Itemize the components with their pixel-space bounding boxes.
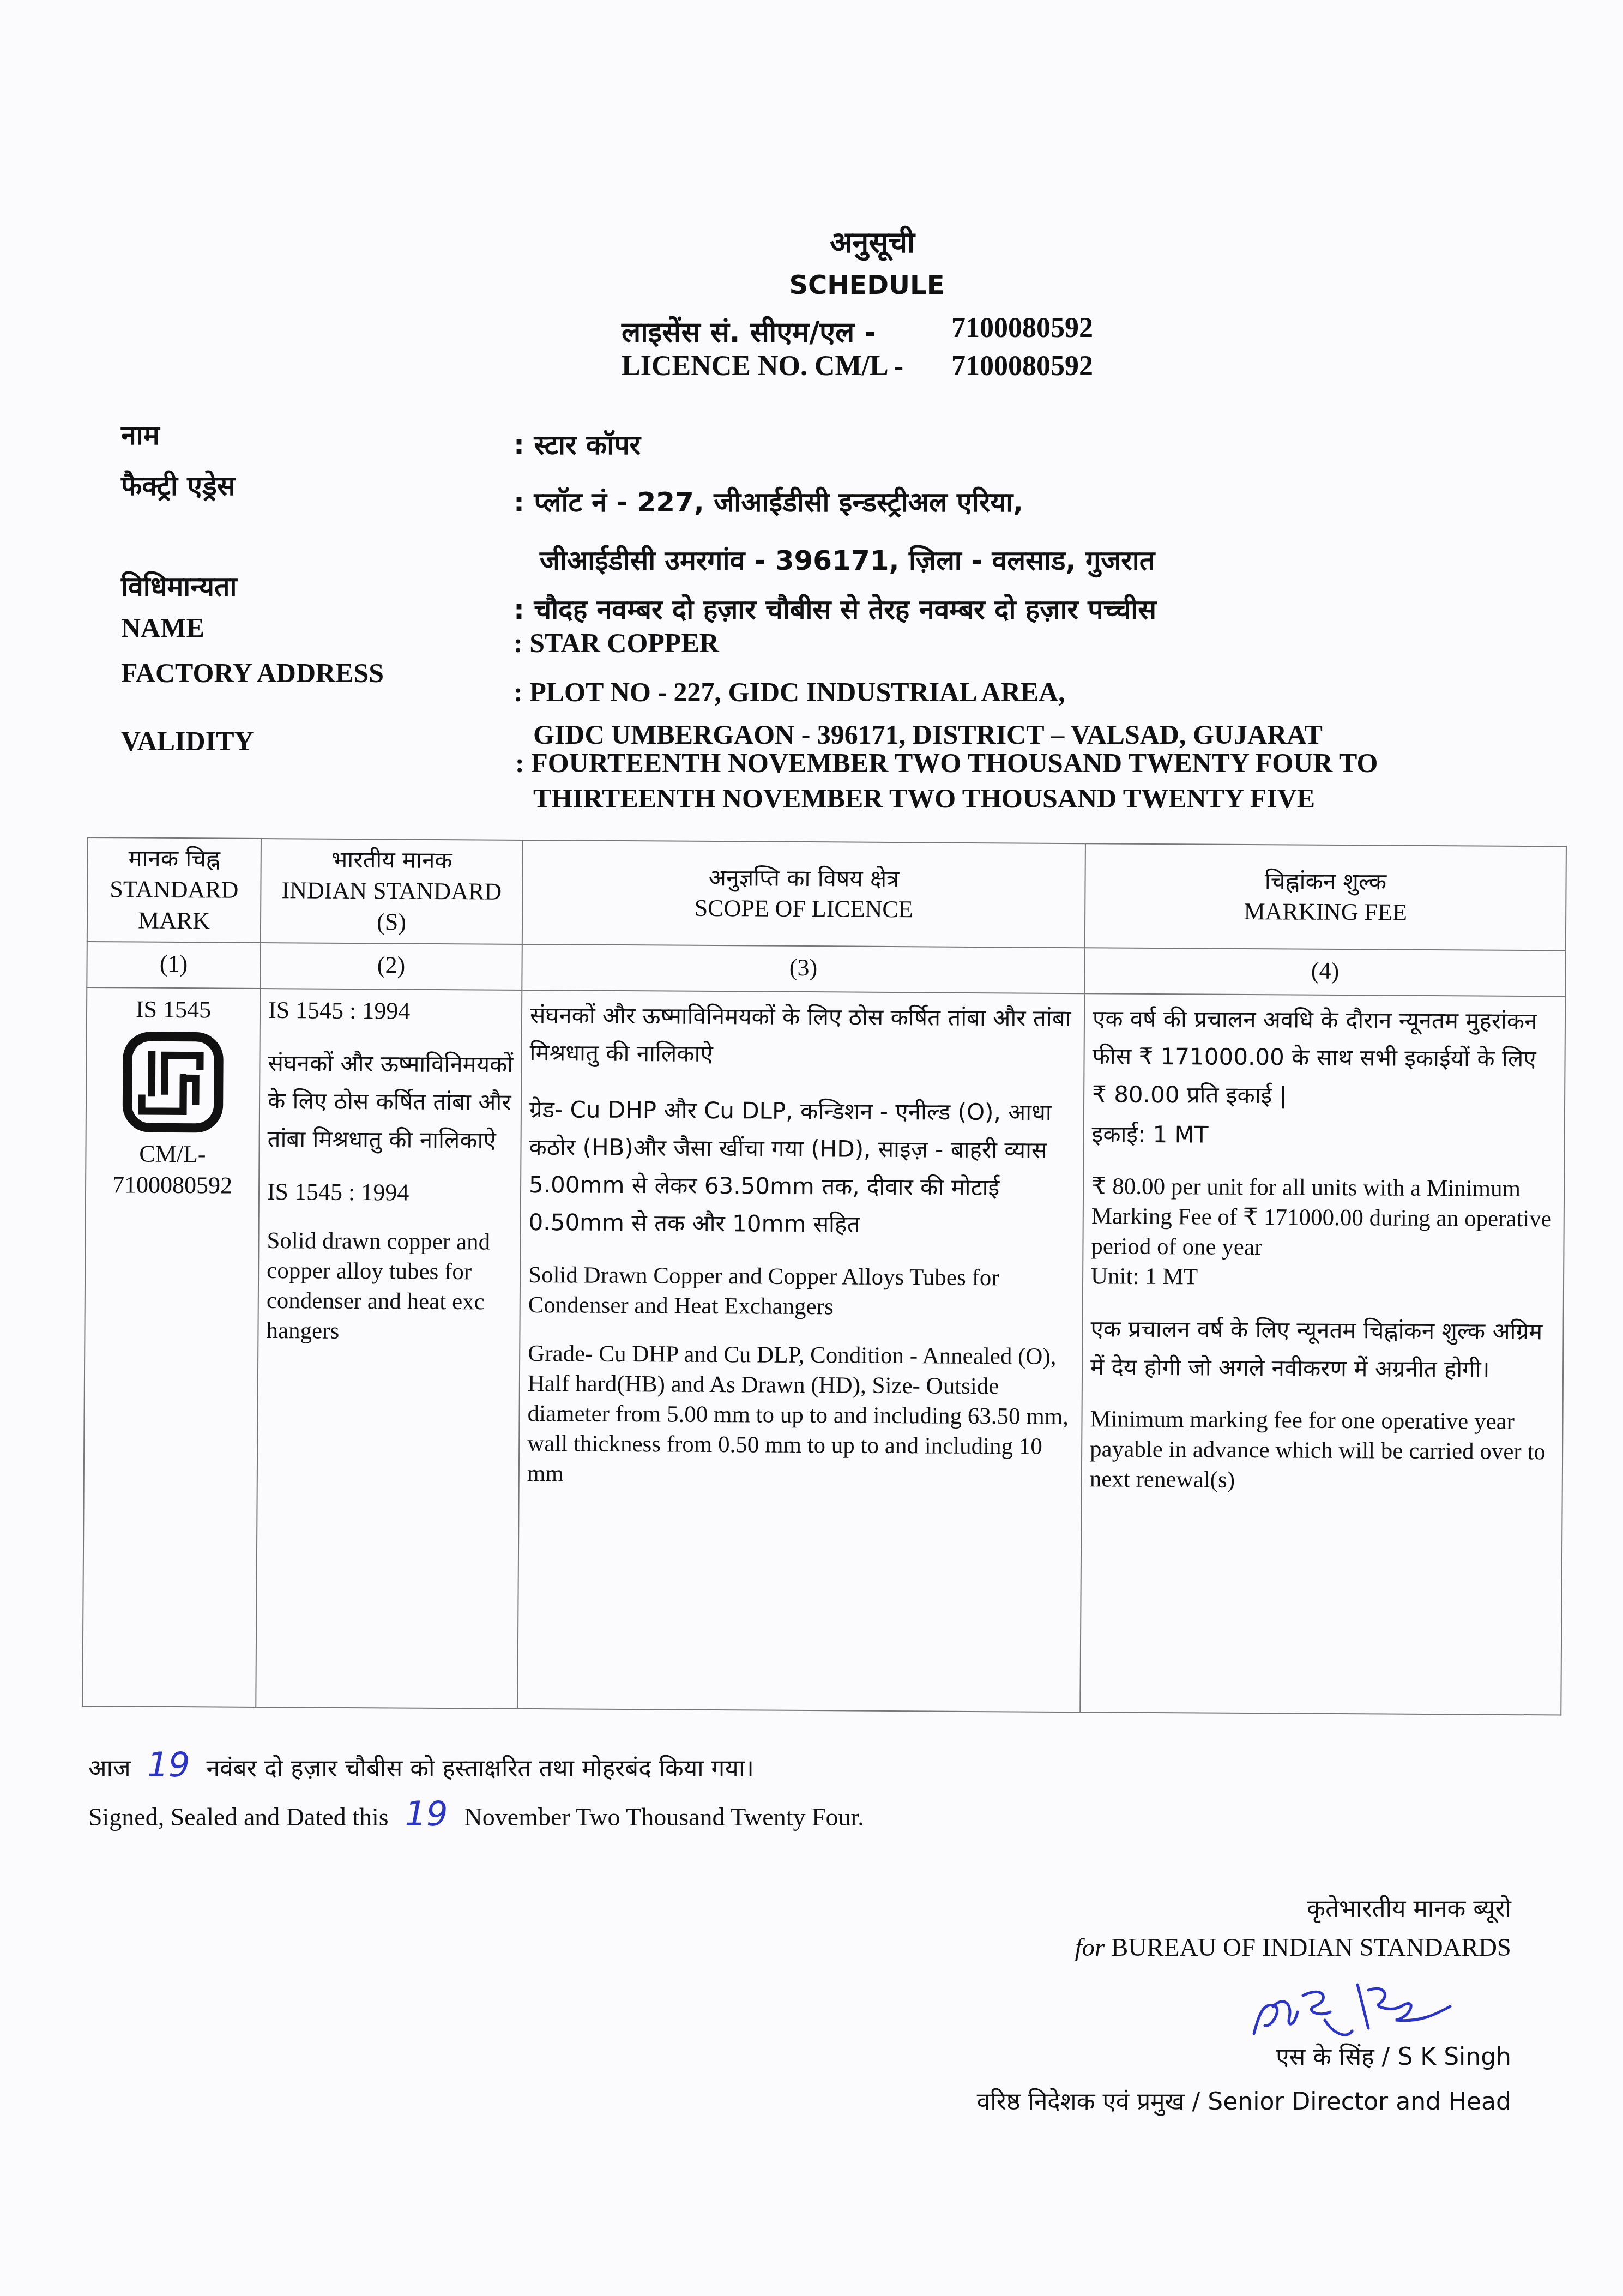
licence-number: 7100080592 bbox=[94, 1169, 251, 1201]
licence-schedule-table: मानक चिह्न STANDARD MARK भारतीय मानक IND… bbox=[82, 837, 1567, 1716]
scope-details-english: Grade- Cu DHP and Cu DLP, Condition - An… bbox=[527, 1339, 1075, 1492]
note-english: Minimum marking fee for one operative ye… bbox=[1090, 1404, 1555, 1497]
licence-prefix: CM/L- bbox=[94, 1138, 251, 1170]
scope-title-hindi: संघनकों और ऊष्माविनिमयकों के लिए ठोस कर्… bbox=[529, 996, 1076, 1075]
cell-indian-standard: IS 1545 : 1994 संघनकों और ऊष्माविनिमयकों… bbox=[256, 989, 522, 1709]
column-header-marking-fee: चिह्नांकन शुल्क MARKING FEE bbox=[1085, 843, 1566, 950]
cell-scope-of-licence: संघनकों और ऊष्माविनिमयकों के लिए ठोस कर्… bbox=[517, 990, 1084, 1712]
scope-title-english: Solid Drawn Copper and Copper Alloys Tub… bbox=[528, 1260, 1075, 1323]
unit-english: Unit: 1 MT bbox=[1091, 1262, 1555, 1294]
value-name: : STAR COPPER bbox=[514, 627, 719, 659]
value-validity-hindi: : चौदह नवम्बर दो हज़ार चौबीस से तेरह नवम… bbox=[514, 590, 1156, 627]
label-validity-hindi: विधिमान्यता bbox=[121, 567, 237, 604]
column-header-english: SCOPE OF LICENCE bbox=[530, 891, 1077, 926]
signatory-designation-text: वरिष्ठ निदेशक एवं प्रमुख / Senior Direct… bbox=[977, 2088, 1511, 2116]
note-hindi: एक प्रचालन वर्ष के लिए न्यूनतम चिह्नांकन… bbox=[1090, 1310, 1555, 1389]
column-header-indian-standard: भारतीय मानक INDIAN STANDARD (S) bbox=[261, 839, 523, 944]
column-header-hindi: अनुज्ञप्ति का विषय क्षेत्र bbox=[530, 862, 1077, 895]
standard-title-english: Solid drawn copper and copper alloy tube… bbox=[266, 1226, 512, 1347]
column-header-hindi: भारतीय मानक bbox=[269, 845, 515, 876]
value-factory-address-line2: GIDC UMBERGAON - 396171, DISTRICT – VALS… bbox=[533, 719, 1323, 750]
signatory-name-text: एस के सिंह / S K Singh bbox=[1276, 2043, 1511, 2071]
dated-english-suffix: November Two Thousand Twenty Four. bbox=[464, 1803, 864, 1831]
column-header-english: STANDARD MARK bbox=[95, 873, 253, 937]
for-prefix: for bbox=[1075, 1933, 1105, 1962]
label-name-hindi: नाम bbox=[121, 415, 160, 453]
standard-code-hindi: IS 1545 : 1994 bbox=[268, 995, 514, 1027]
column-header-standard-mark: मानक चिह्न STANDARD MARK bbox=[87, 837, 261, 943]
label-address-hindi: फैक्ट्री एड्रेस bbox=[121, 466, 236, 503]
column-number-4: (4) bbox=[1084, 948, 1565, 996]
dated-hindi-prefix: आज bbox=[88, 1755, 131, 1782]
standard-title-hindi: संघनकों और ऊष्माविनिमयकों के लिए ठोस कर्… bbox=[267, 1044, 513, 1159]
cell-standard-mark: IS 1545 CM/L- 7100080592 bbox=[82, 987, 260, 1707]
column-header-english: INDIAN STANDARD (S) bbox=[269, 875, 515, 938]
fee-hindi: एक वर्ष की प्रचालन अवधि के दौरान न्यूनतम… bbox=[1092, 999, 1557, 1116]
value-name-hindi: : स्टार कॉपर bbox=[514, 425, 641, 462]
dated-english-prefix: Signed, Sealed and Dated this bbox=[88, 1803, 389, 1831]
value-validity: : FOURTEENTH NOVEMBER TWO THOUSAND TWENT… bbox=[515, 747, 1378, 779]
licence-label-english: LICENCE NO. CM/L - bbox=[622, 351, 903, 382]
column-header-english: MARKING FEE bbox=[1093, 895, 1558, 929]
signatory-designation: वरिष्ठ निदेशक एवं प्रमुख / Senior Direct… bbox=[977, 2084, 1511, 2117]
column-header-hindi: मानक चिह्न bbox=[96, 843, 253, 874]
value-address-hindi: : प्लॉट नं - 227, जीआईडीसी इन्डस्ट्रीअल … bbox=[514, 483, 1023, 520]
licence-number-value: 7100080592 bbox=[951, 350, 1093, 382]
licence-label-hindi: लाइसेंस सं. सीएम/एल - bbox=[622, 316, 876, 349]
column-number-3: (3) bbox=[522, 944, 1084, 993]
column-header-hindi: चिह्नांकन शुल्क bbox=[1093, 865, 1558, 898]
for-org: BUREAU OF INDIAN STANDARDS bbox=[1111, 1933, 1511, 1962]
table-header-row: मानक चिह्न STANDARD MARK भारतीय मानक IND… bbox=[87, 837, 1566, 951]
for-bis-hindi: कृतेभारतीय मानक ब्यूरो bbox=[1307, 1891, 1511, 1924]
value-validity-line2: THIRTEENTH NOVEMBER TWO THOUSAND TWENTY … bbox=[533, 782, 1315, 814]
column-header-scope: अनुज्ञप्ति का विषय क्षेत्र SCOPE OF LICE… bbox=[522, 840, 1085, 948]
dated-line-hindi: आज19नवंबर दो हज़ार चौबीस को हस्ताक्षरित … bbox=[88, 1745, 754, 1785]
licence-number-value: 7100080592 bbox=[951, 312, 1093, 344]
signatory-name: एस के सिंह / S K Singh bbox=[1276, 2039, 1511, 2072]
table-row: IS 1545 CM/L- 7100080592 IS 1545 : 1994 … bbox=[82, 987, 1565, 1715]
standard-code-english: IS 1545 : 1994 bbox=[267, 1176, 512, 1209]
label-name: NAME bbox=[121, 612, 204, 643]
schedule-title-hindi: अनुसूची bbox=[0, 221, 1623, 261]
value-factory-address: : PLOT NO - 227, GIDC INDUSTRIAL AREA, bbox=[514, 676, 1065, 708]
schedule-title: SCHEDULE bbox=[0, 270, 1623, 300]
cell-marking-fee: एक वर्ष की प्रचालन अवधि के दौरान न्यूनतम… bbox=[1080, 993, 1565, 1715]
dated-hindi-suffix: नवंबर दो हज़ार चौबीस को हस्ताक्षरित तथा … bbox=[207, 1755, 754, 1782]
for-bis: for BUREAU OF INDIAN STANDARDS bbox=[1075, 1933, 1511, 1962]
licence-number-english: LICENCE NO. CM/L - 7100080592 bbox=[622, 350, 903, 382]
handwritten-day: 19 bbox=[405, 1794, 448, 1834]
column-number-row: (1) (2) (3) (4) bbox=[87, 942, 1565, 997]
label-factory-address: FACTORY ADDRESS bbox=[121, 657, 384, 689]
is-code: IS 1545 bbox=[95, 993, 252, 1026]
column-number-1: (1) bbox=[87, 942, 261, 989]
dated-line-english: Signed, Sealed and Dated this19November … bbox=[88, 1794, 864, 1834]
scope-details-hindi: ग्रेड- Cu DHP और Cu DLP, कन्डिशन - एनील्… bbox=[528, 1090, 1076, 1245]
fee-english: ₹ 80.00 per unit for all units with a Mi… bbox=[1091, 1171, 1556, 1264]
isi-mark-icon bbox=[121, 1031, 225, 1135]
handwritten-day: 19 bbox=[147, 1745, 190, 1785]
unit-hindi: इकाई: 1 MT bbox=[1091, 1115, 1556, 1156]
label-validity: VALIDITY bbox=[121, 725, 254, 757]
column-number-2: (2) bbox=[260, 943, 522, 990]
value-address-hindi-line2: जीआईडीसी उमरगांव - 396171, ज़िला - वलसाड… bbox=[540, 541, 1155, 578]
licence-number-hindi: लाइसेंस सं. सीएम/एल - 7100080592 bbox=[622, 312, 876, 351]
